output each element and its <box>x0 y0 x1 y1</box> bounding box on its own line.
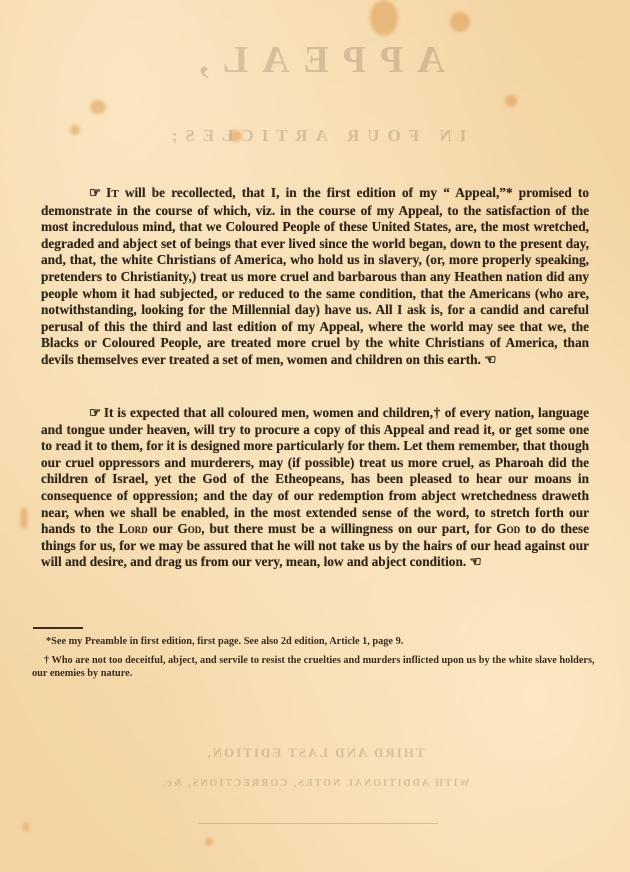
foxing-stain <box>450 12 470 32</box>
god-small-caps: God <box>177 521 201 536</box>
pointing-hand-icon: ☞ <box>89 185 100 200</box>
foxing-stain <box>20 507 28 529</box>
bleed-through-subtitle: IN FOUR ARTICLES; <box>0 126 630 146</box>
god-small-caps: God <box>496 521 520 536</box>
bleed-through-title: APPEAL, <box>0 38 630 82</box>
bleed-through-edition: THIRD AND LAST EDITION, <box>0 745 630 761</box>
pointing-hand-icon: ☜ <box>484 352 495 367</box>
footnote-2: † Who are not too deceitful, abject, and… <box>32 655 597 680</box>
pointing-hand-icon: ☜ <box>470 554 481 569</box>
bleed-through-edition-note: WITH ADDITIONAL NOTES, CORRECTIONS, &c. <box>0 778 630 789</box>
paragraph-text: It is expected that all coloured men, wo… <box>41 405 589 536</box>
bleed-through-rule <box>198 823 438 824</box>
scanned-page: APPEAL, IN FOUR ARTICLES; THIRD AND LAST… <box>0 0 630 872</box>
paragraph-1: ☞ IT will be recollected, that I, in the… <box>41 185 589 369</box>
footnote-1: *See my Preamble in first edition, first… <box>46 636 611 649</box>
paragraph-2: ☞ It is expected that all coloured men, … <box>41 405 589 571</box>
lord-small-caps: Lord <box>119 521 148 536</box>
foxing-stain <box>23 823 29 831</box>
foxing-stain <box>505 95 517 107</box>
foxing-stain <box>90 100 106 114</box>
foxing-stain <box>370 0 398 36</box>
drop-word: IT <box>106 185 119 200</box>
foxing-stain <box>205 838 213 846</box>
paragraph-text: will be recollected, that I, in the firs… <box>41 185 589 367</box>
footnote-rule <box>33 627 83 629</box>
pointing-hand-icon: ☞ <box>89 405 100 420</box>
